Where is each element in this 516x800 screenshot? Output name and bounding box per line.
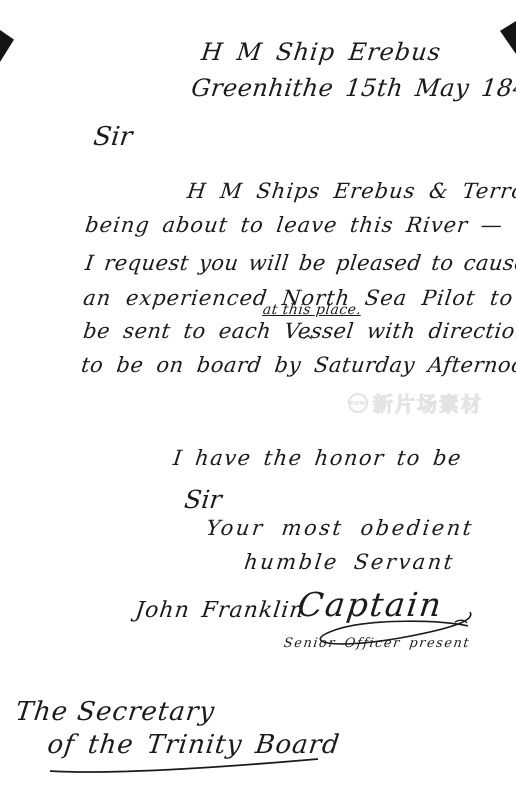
letter-body-line: I request you will be pleased to cause <box>84 253 516 274</box>
addressee-line: of the Trinity Board <box>46 732 341 758</box>
letter-body-line: be sent to each Vessel with directions <box>82 321 516 342</box>
letter-closing-line: Sir <box>183 487 223 512</box>
insertion-caret-mark: ^ <box>300 334 314 349</box>
letter-closing-line: humble Servant <box>243 552 456 573</box>
letter-body-line: to be on board by Saturday Afternoon <box>80 355 516 376</box>
letter-closing-line: Your most obedient <box>205 518 475 539</box>
scan-corner-mark-left <box>0 30 14 62</box>
letter-closing-line: I have the honor to be <box>172 448 463 469</box>
letter-salutation: Sir <box>92 124 134 150</box>
signature-note: Senior Officer present <box>283 637 471 650</box>
letter-body-line: H M Ships Erebus & Terror <box>186 181 516 202</box>
signature-rank: Captain <box>296 588 445 621</box>
stock-watermark: new 新片场素材 <box>348 388 483 417</box>
letter-interline-insertion: at this place. <box>262 303 362 317</box>
scan-corner-mark-right <box>500 21 516 54</box>
letter-body-line: being about to leave this River — <box>84 215 504 236</box>
watermark-badge-icon: new <box>348 393 368 413</box>
signature-name: John Franklin <box>134 600 306 622</box>
letter-heading-place-date: Greenhithe 15th May 1845. <box>190 76 516 100</box>
watermark-brand-text: 新片场素材 <box>373 388 483 417</box>
letter-page: H M Ship Erebus Greenhithe 15th May 1845… <box>0 0 516 800</box>
addressee-line: The Secretary <box>14 699 217 725</box>
letter-heading-ship: H M Ship Erebus <box>200 40 443 64</box>
